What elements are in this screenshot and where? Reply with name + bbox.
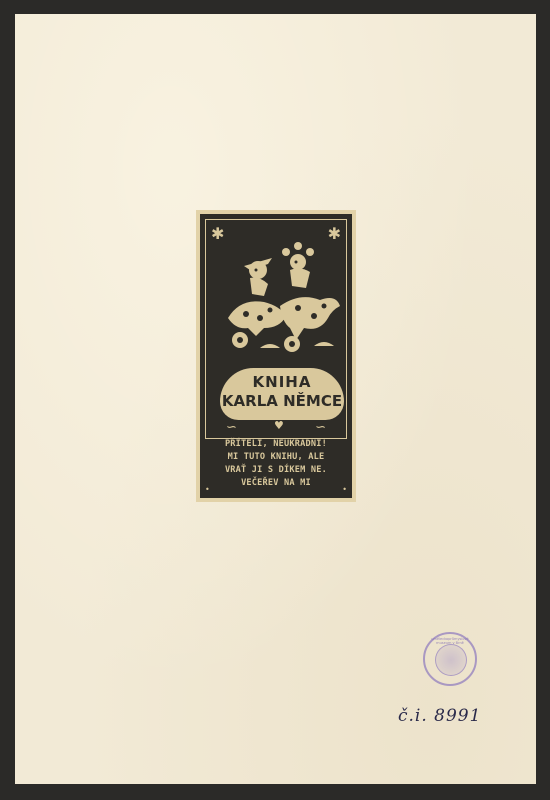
heart-icon: ♥ [274, 419, 284, 432]
motto-line: VRAŤ JI S DÍKEM NE. [206, 464, 346, 477]
riders-illustration [220, 236, 344, 360]
scroll-ornament-icon: ∽ [315, 420, 326, 435]
bookplate-print: ✱ ✱ [200, 214, 352, 498]
bookplate-motto: PŘÍTELI, NEUKRADNI! MI TUTO KNIHU, ALE V… [206, 438, 346, 490]
dot-ornament-icon: • [342, 485, 347, 494]
title-cartouche: KNIHA KARLA NĚMCE [220, 368, 344, 420]
motto-line: MI TUTO KNIHU, ALE [206, 451, 346, 464]
scroll-ornament-icon: ∽ [226, 420, 237, 435]
bookplate: ✱ ✱ [196, 210, 356, 502]
motto-line: VEČEŘEV NA MI [206, 477, 346, 490]
illustration-frame: ✱ ✱ [205, 219, 347, 439]
motto-line: PŘÍTELI, NEUKRADNI! [206, 438, 346, 451]
museum-stamp: uměleckoprůmyslové museum v Brně [423, 632, 477, 686]
bookplate-title-line1: KNIHA [220, 375, 344, 390]
dot-ornament-icon: • [205, 485, 210, 494]
bookplate-title-line2: KARLA NĚMCE [220, 394, 344, 409]
inventory-number: č.i. 8991 [398, 706, 481, 726]
stamp-emblem-icon [435, 644, 467, 676]
